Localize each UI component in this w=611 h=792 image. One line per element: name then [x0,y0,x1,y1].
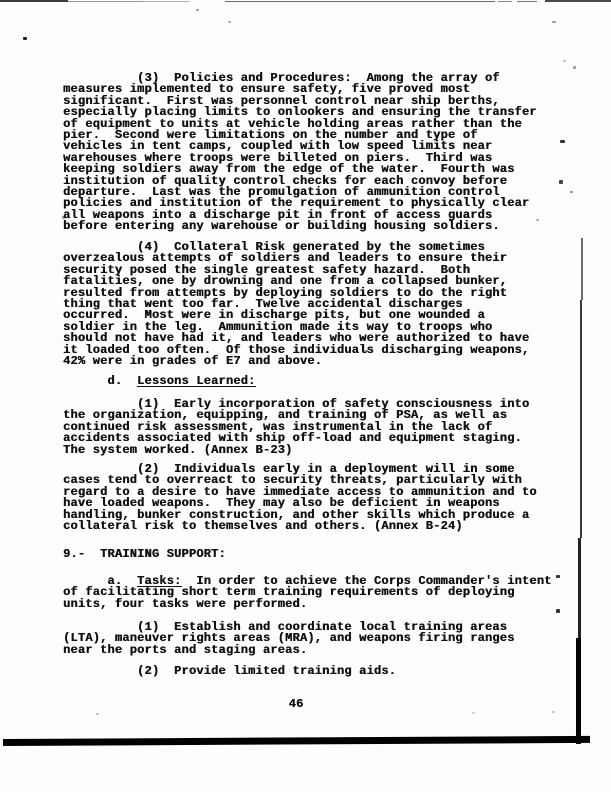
tasks-item-2: (2) Provide limited training aids. [63,666,396,677]
right-border-line [576,638,581,744]
paragraph-3-policies-and-procedures: (3) Policies and Procedures: Among the a… [63,73,537,233]
noise-speck [552,711,555,713]
noise-speck [552,21,556,23]
tasks-item-1: (1) Establish and coordinate local train… [63,622,514,656]
top-border-segment [545,0,611,2]
scanned-page: (3) Policies and Procedures: Among the a… [0,0,611,792]
right-border-line [581,238,583,300]
noise-speck [23,37,27,40]
noise-speck [559,180,563,184]
right-border-line [578,538,581,638]
top-border-segment [225,1,495,2]
noise-speck [573,66,576,69]
noise-speck [560,140,565,143]
bottom-border-bar [3,736,590,746]
lessons-learned-paragraph-1: (1) Early incorporation of safety consci… [63,399,529,456]
lessons-learned-heading: Lessons Learned: [137,374,255,388]
lessons-learned-paragraph-2: (2) Individuals early in a deployment wi… [63,464,537,532]
tasks-paragraph: a. Tasks: In order to achieve the Corps … [63,576,552,610]
page-number: 46 [0,699,592,710]
noise-speck [472,712,475,714]
top-border-segment [68,1,143,2]
lessons-learned-prefix: d. [63,374,137,388]
paragraph-4-collateral-risk: (4) Collateral Risk generated by the som… [63,242,529,367]
right-border-line [580,300,582,538]
noise-speck [556,609,560,613]
noise-speck [556,575,560,578]
noise-speck [570,191,573,193]
noise-speck [228,21,231,23]
tasks-rest: of facilitating short term training requ… [63,585,514,610]
top-border-segment [143,1,190,2]
top-border-segment [517,1,537,2]
section-9-training-support-heading: 9.- TRAINING SUPPORT: [63,549,226,560]
top-border-segment [0,0,68,2]
lessons-learned-heading-line: d. Lessons Learned: [63,376,255,387]
noise-speck [563,60,566,62]
noise-speck [96,713,99,715]
top-border-segment [498,1,512,2]
noise-speck [196,9,199,11]
